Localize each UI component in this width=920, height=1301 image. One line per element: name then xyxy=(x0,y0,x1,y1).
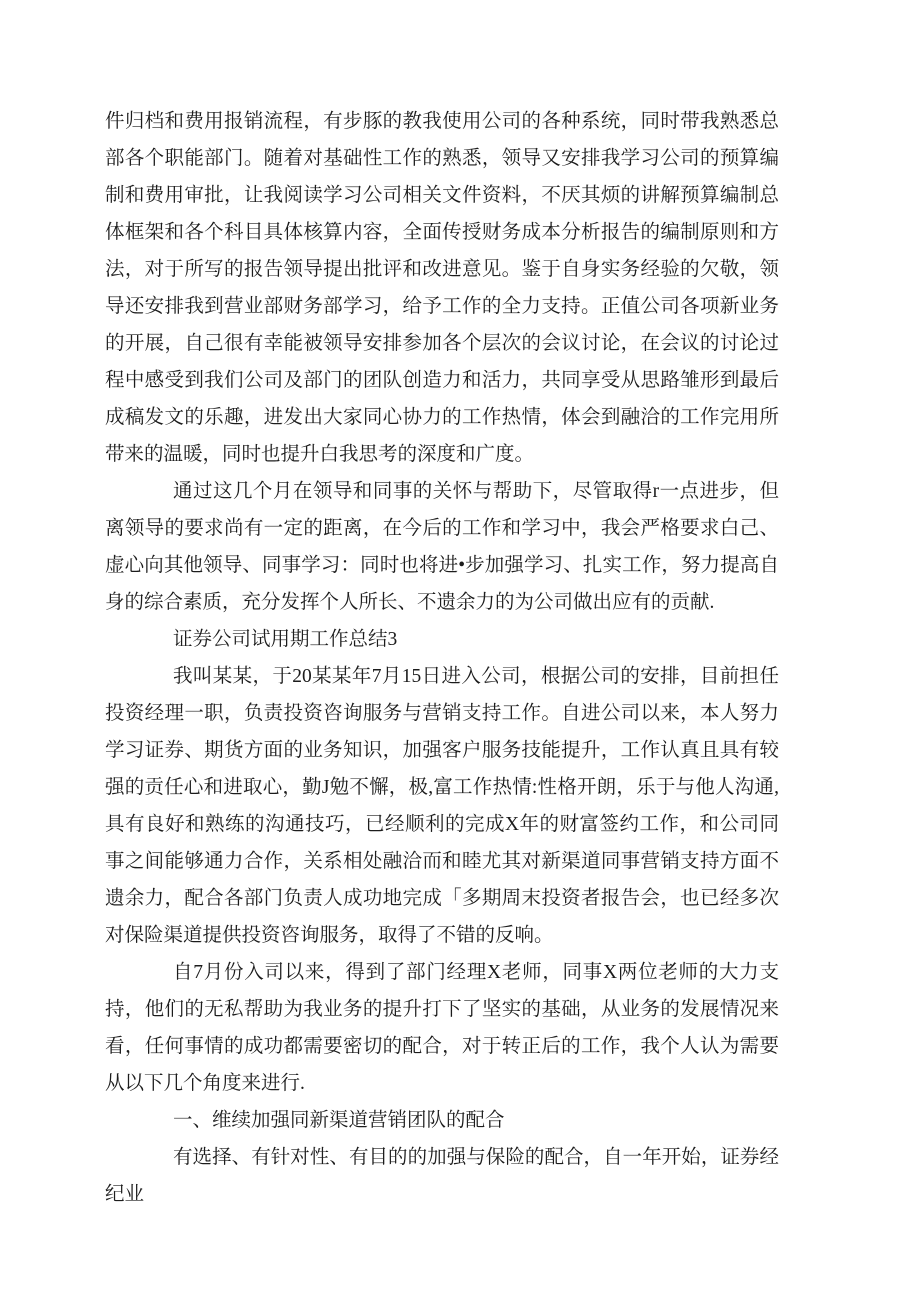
document-page: 件归档和费用报销流程，有步豚的教我使用公司的各种系统，同时带我熟悉总部各个职能部… xyxy=(0,0,920,1301)
subsection-heading: 一、维续加强同新渠道营销团队的配合 xyxy=(105,1102,779,1139)
paragraph-continuation: 件归档和费用报销流程，有步豚的教我使用公司的各种系统，同时带我熟悉总部各个职能部… xyxy=(105,103,779,473)
paragraph-cooperation-plan: 有选择、有针对性、有目的的加强与保险的配合，自一年开始，证券经纪业 xyxy=(105,1139,779,1213)
paragraph-summary-outlook: 通过这几个月在领导和同事的关怀与帮助下，尽管取得r一点进步，但离领导的要求尚有一… xyxy=(105,473,779,621)
section-title: 证券公司试用期工作总结3 xyxy=(105,621,779,658)
document-text-block: 件归档和费用报销流程，有步豚的教我使用公司的各种系统，同时带我熟悉总部各个职能部… xyxy=(105,103,779,1213)
paragraph-self-introduction: 我叫某某，于20某某年7月15日进入公司，根据公司的安排，目前担任投资经理一职，… xyxy=(105,658,779,954)
paragraph-support-acknowledgement: 自7月份入司以来，得到了部门经理X老师，同事X两位老师的大力支持，他们的无私帮助… xyxy=(105,954,779,1102)
